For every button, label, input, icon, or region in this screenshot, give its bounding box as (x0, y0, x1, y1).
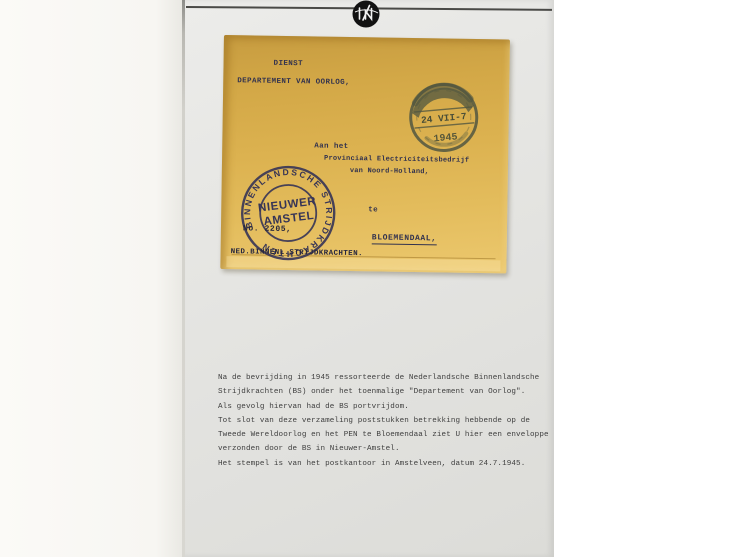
caption-line: Strijdkrachten (BS) onder het toenmalige… (218, 385, 548, 399)
monogram-logo-icon (352, 0, 380, 28)
caption-line: verzonden door de BS in Nieuwer-Amstel. (218, 442, 548, 456)
envelope: DIENST DEPARTEMENT VAN OORLOG, 24 VII-7 … (220, 35, 510, 273)
postmark-datestamp-icon: 24 VII-7 1945 (401, 75, 486, 160)
address-line2: Provinciaal Electriciteitsbedrijf (324, 155, 469, 165)
blank-left-margin (0, 0, 183, 557)
typed-unit-number: No. 2205, (243, 224, 292, 234)
address-line1: Aan het (314, 142, 348, 151)
caption-line: Na de bevrijding in 1945 ressorteerde de… (218, 371, 548, 385)
caption-text-block: Na de bevrijding in 1945 ressorteerde de… (218, 371, 548, 471)
service-marking-line2: DEPARTEMENT VAN OORLOG, (237, 77, 350, 87)
album-photo: DIENST DEPARTEMENT VAN OORLOG, 24 VII-7 … (0, 0, 740, 557)
address-city: BLOEMENDAAL, (372, 233, 437, 243)
address-te: te (368, 206, 378, 214)
caption-line: Tot slot van deze verzameling poststukke… (218, 414, 548, 428)
caption-line: Als gevolg hiervan had de BS portvrijdom… (218, 400, 548, 414)
address-line3: van Noord-Holland, (350, 167, 429, 176)
caption-line: Het stempel is van het postkantoor in Am… (218, 457, 548, 471)
caption-line: Tweede Wereldoorlog en het PEN te Bloeme… (218, 428, 548, 442)
service-marking-line1: DIENST (273, 60, 303, 68)
